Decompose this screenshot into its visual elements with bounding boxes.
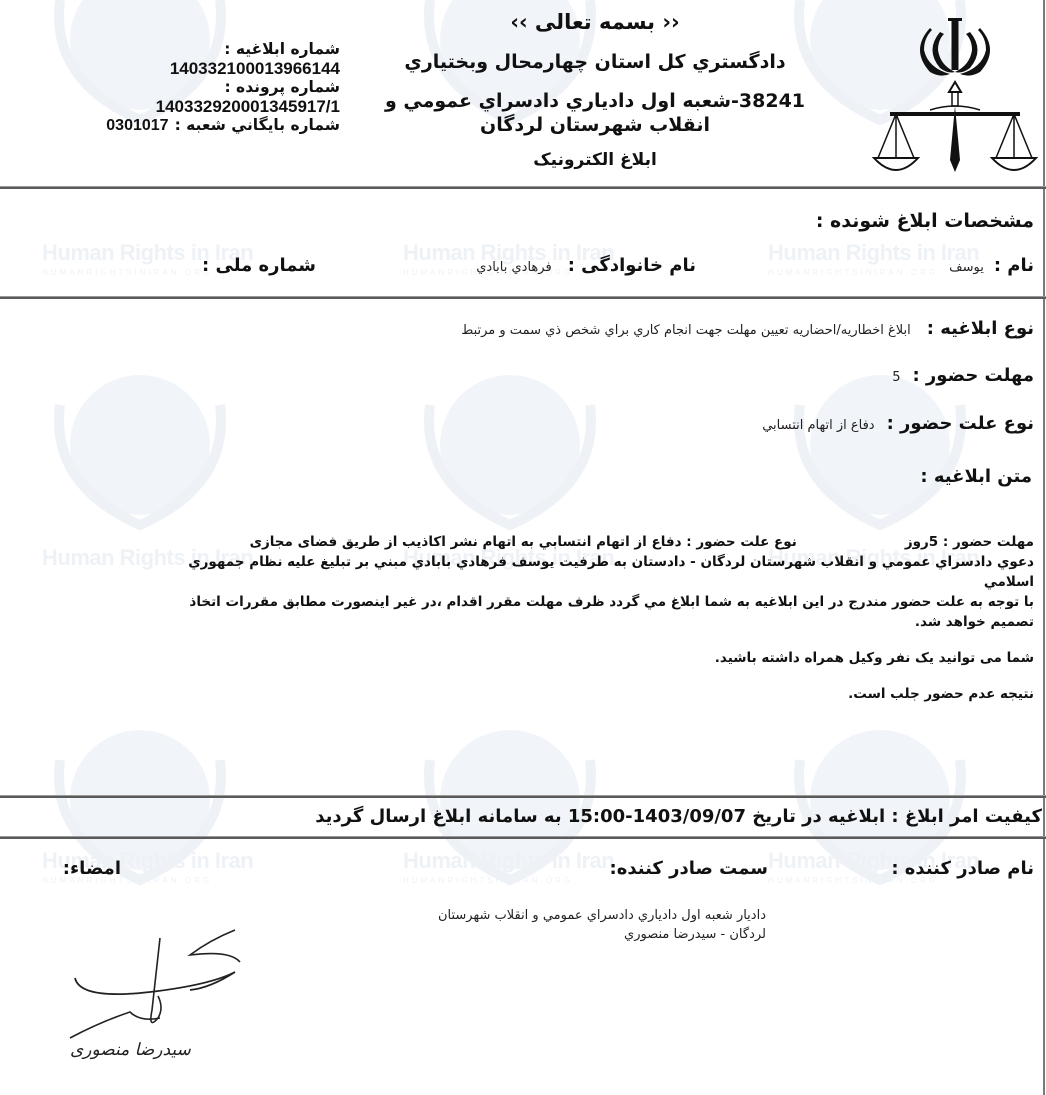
branch-line-2: انقلاب شهرستان لردگان [350,114,840,136]
issuer-position-line-2: لردگان - سیدرضا منصوري [438,925,766,944]
deadline-value: 5 [892,370,900,385]
body-line-6: شما می توانید یک نفر وکیل همراه داشته با… [10,648,1034,668]
appearance-reason-value: دفاع از اتهام انتسابي [762,418,874,433]
archive-number-label: شماره بايگاني شعبه : [175,116,340,135]
body-line-1: مهلت حضور : 5روز نوع علت حضور : دفاع از … [10,532,1034,552]
handwritten-signature-icon [60,900,260,1090]
section-divider [0,795,1046,798]
notice-document: شماره ابلاغیه : 140332100013966144 شماره… [0,0,1046,1095]
body-line-2: دعوي دادسراي عمومي و انقلاب شهرستان لردگ… [10,552,1034,572]
archive-number: 0301017 [106,116,168,135]
notice-number: 140332100013966144 [10,59,340,78]
appearance-reason-label: نوع علت حضور : [887,413,1034,434]
body-reason: نوع علت حضور : دفاع از اتهام انتسابي به … [250,532,797,552]
last-name-label: نام خانوادگی : [568,255,696,276]
notice-type-field: نوع ابلاغیه : ابلاغ اخطاريه/احضاريه تعيي… [461,318,1034,339]
document-type: ابلاغ الکترونیک [350,148,840,172]
issuer-position-value: دادیار شعبه اول دادياري دادسراي عمومي و … [438,906,766,944]
recipient-first-name-field: نام : یوسف [949,255,1034,276]
signature-label: امضاء: [63,858,121,879]
body-line-7: نتیجه عدم حضور جلب است. [10,684,1034,704]
deadline-label: مهلت حضور : [912,365,1034,386]
delivery-status: کیفیت امر ابلاغ : ابلاغیه در تاریخ 1403/… [315,806,1042,827]
body-line-5: تصميم خواهد شد. [10,612,1034,632]
judiciary-emblem-icon [870,10,1040,180]
case-number: 140332920001345917/1 [10,97,340,116]
signature-image: سیدرضا منصوری [60,900,260,1090]
notice-number-label: شماره ابلاغیه : [10,40,340,59]
notice-type-label: نوع ابلاغیه : [927,318,1034,339]
issuer-position-line-1: دادیار شعبه اول دادياري دادسراي عمومي و … [438,906,766,925]
signature-name: سیدرضا منصوری [70,1040,191,1060]
page-border [1043,0,1045,1095]
case-number-label: شماره پرونده : [10,78,340,97]
recipient-section-title: مشخصات ابلاغ شونده : [816,210,1034,232]
header-title-block: ‹‹ بسمه تعالی ›› دادگستري کل استان چهارم… [350,6,840,172]
header-reference-numbers: شماره ابلاغیه : 140332100013966144 شماره… [10,40,340,135]
section-divider [0,186,1046,189]
archive-number-row: شماره بايگاني شعبه : 0301017 [10,116,340,135]
notice-body: مهلت حضور : 5روز نوع علت حضور : دفاع از … [10,532,1034,704]
body-line-4: با توجه به علت حضور مندرج در اين ابلاغيه… [10,592,1034,612]
branch-line-1: 38241-شعبه اول دادياري دادسراي عمومي و [350,90,840,112]
body-line-3: اسلامي [10,572,1034,592]
issuer-name-label: نام صادر کننده : [891,858,1034,879]
recipient-national-id-field: شماره ملی : [192,255,316,276]
appearance-reason-field: نوع علت حضور : دفاع از اتهام انتسابي [762,413,1034,434]
invocation-heading: ‹‹ بسمه تعالی ›› [350,6,840,38]
first-name-value: یوسف [949,260,984,275]
deadline-field: مهلت حضور : 5 [892,365,1034,386]
notice-text-label: متن ابلاغیه : [920,466,1032,487]
national-id-label: شماره ملی : [202,255,316,276]
first-name-label: نام : [994,255,1034,276]
section-divider [0,836,1046,839]
notice-type-value: ابلاغ اخطاريه/احضاريه تعيين مهلت جهت انج… [461,323,911,338]
body-deadline: مهلت حضور : 5روز [905,532,1034,552]
last-name-value: فرهادي بابادي [476,260,551,275]
issuer-position-label: سمت صادر کننده: [610,858,769,879]
section-divider [0,296,1046,299]
recipient-last-name-field: نام خانوادگی : فرهادي بابادي [476,255,696,276]
court-name: دادگستري کل استان چهارمحال وبختياري [350,48,840,76]
